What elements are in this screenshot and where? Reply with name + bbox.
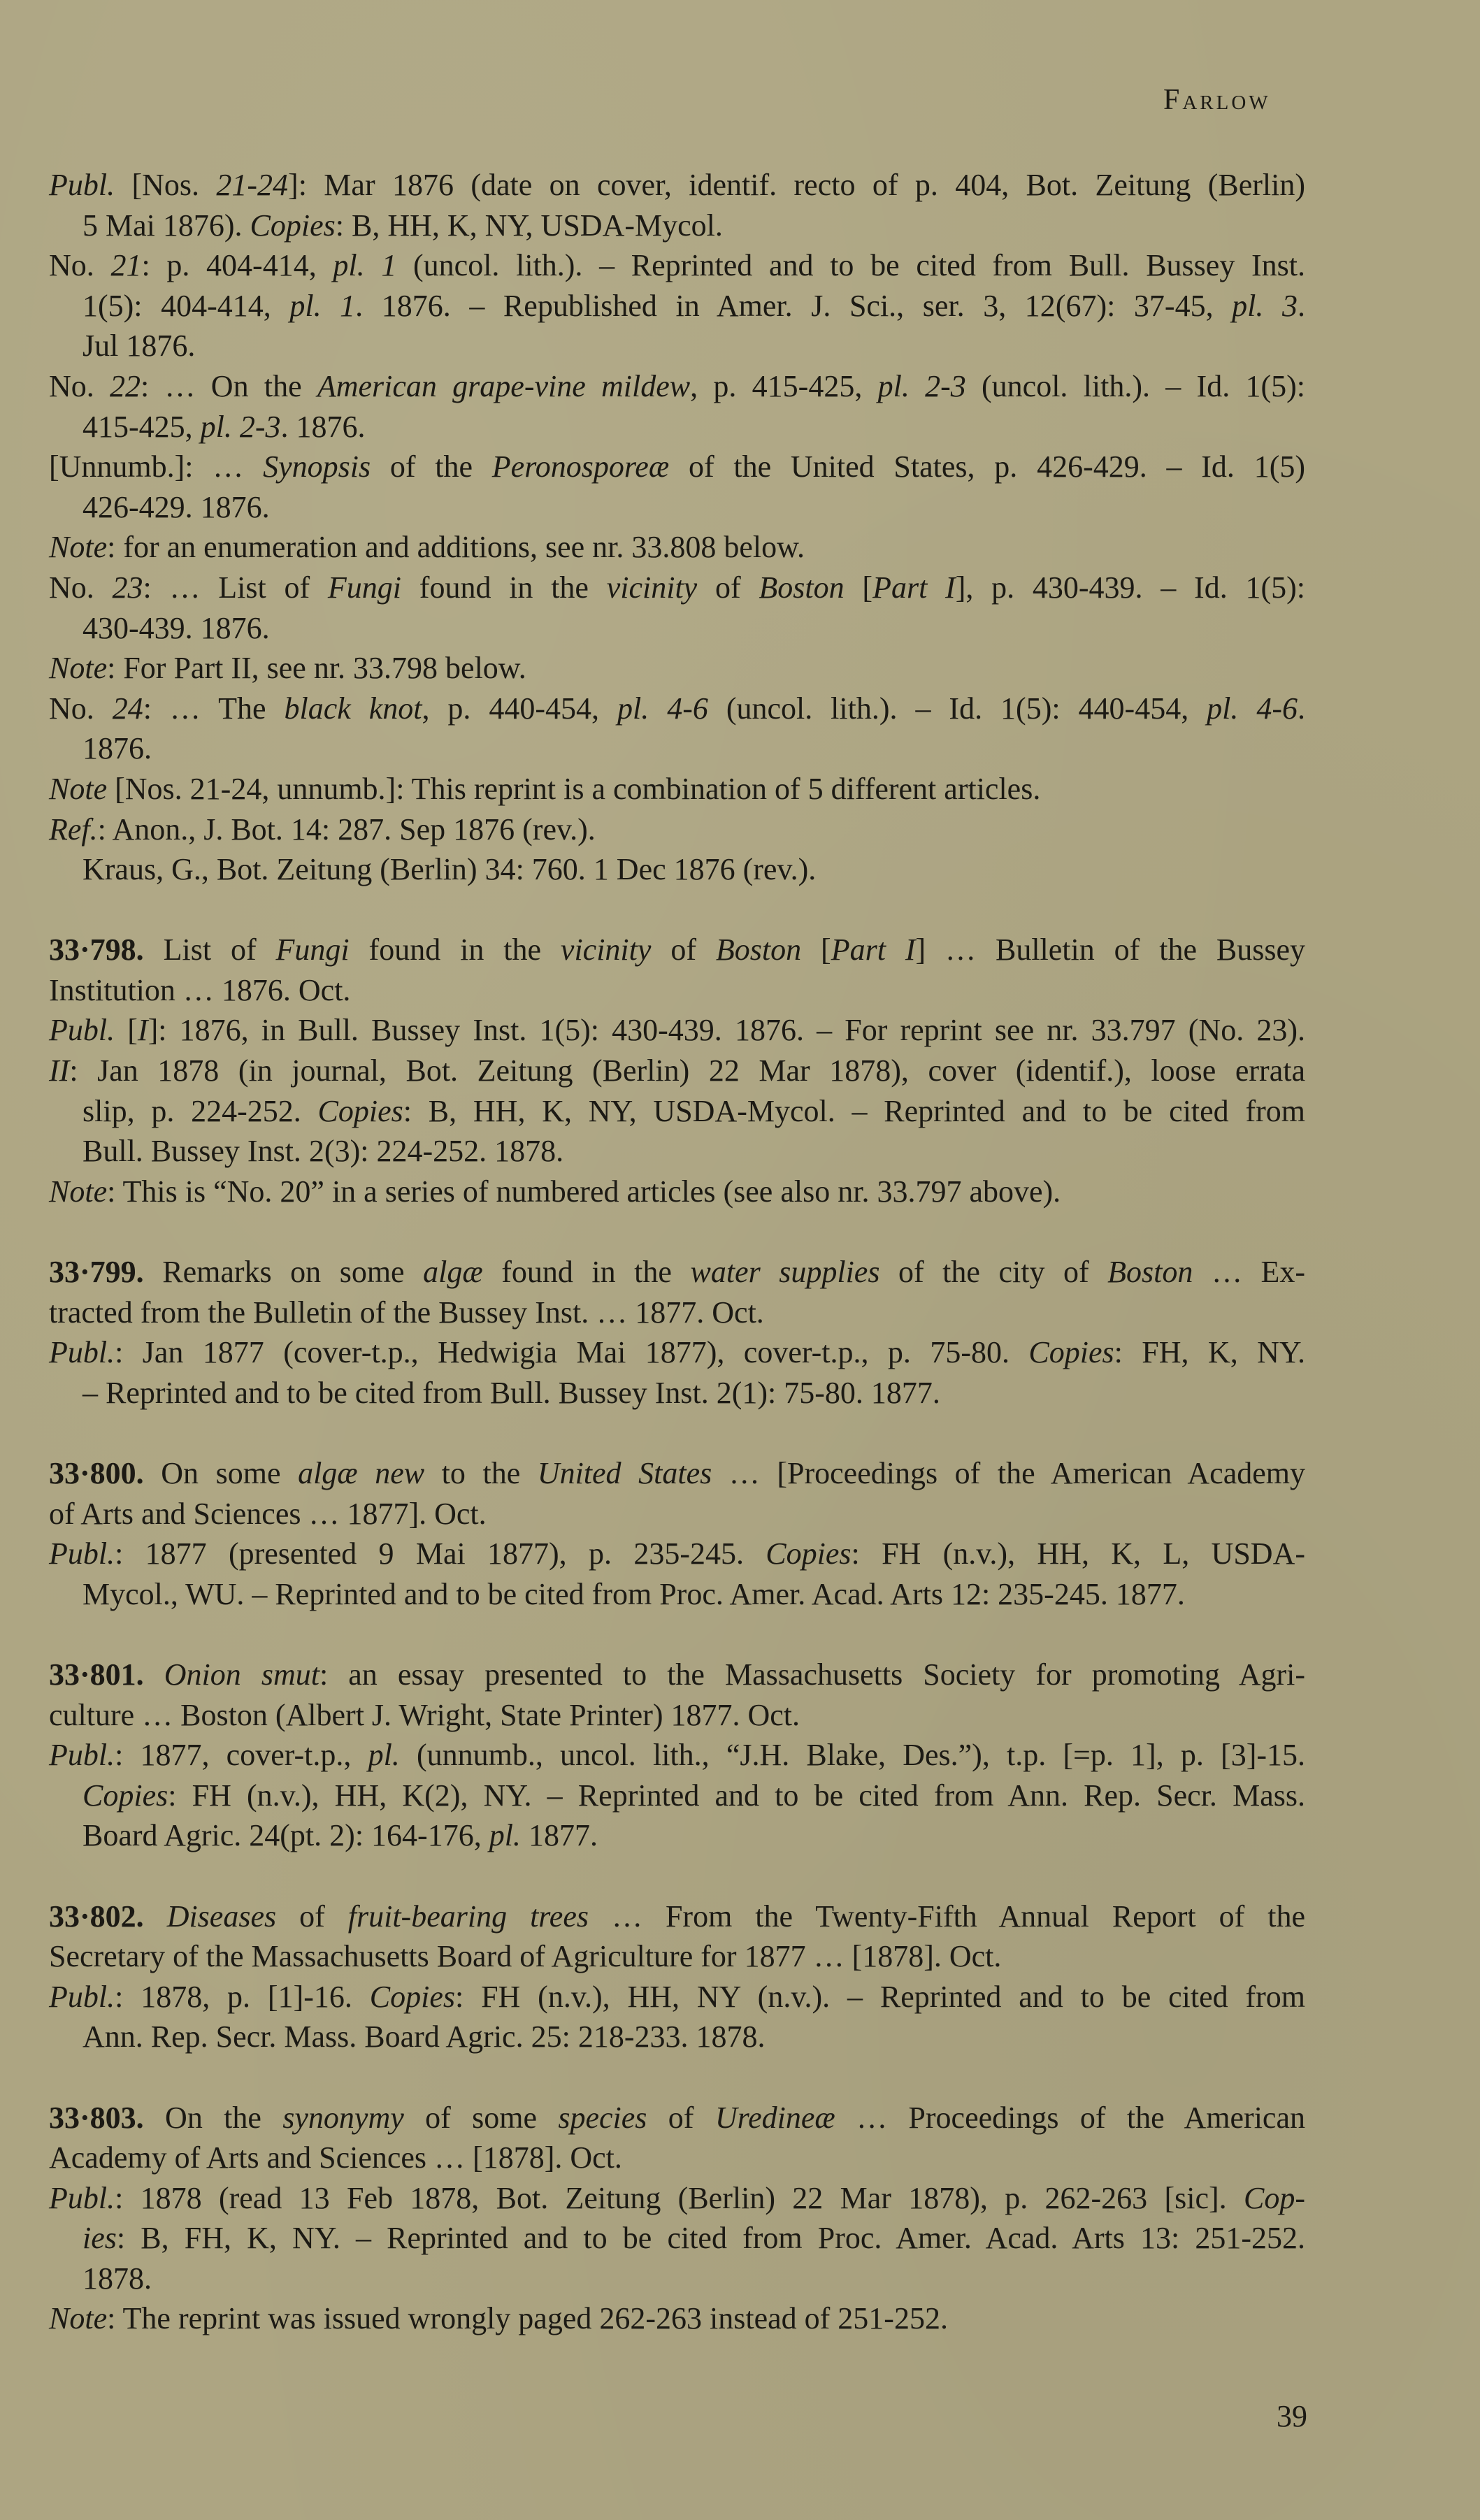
italic-text: pl. 3 [1232,289,1298,323]
text: Secretary of the Massachusetts Board of … [49,1939,1001,1973]
text: – Reprinted and to be cited from Bull. B… [82,1376,940,1410]
text: 1876. [82,731,152,765]
text: : FH (n.v.), HH, NY (n.v.). – Reprinted … [455,1980,1305,2014]
text: : … The [143,691,285,726]
italic-text: Boston [1107,1255,1193,1289]
italic-text: Note [49,2301,107,2335]
bibliography-entry: 33·802. Diseases of fruit-bearing trees … [49,1896,1305,2057]
italic-text: I [138,1013,148,1047]
italic-text: 22 [110,369,141,403]
text: tracted from the Bulletin of the Bussey … [49,1295,764,1330]
text: . 1876. [281,410,366,444]
text: found in the [401,570,607,605]
entry-separator [49,1856,1305,1896]
text-line: No. 23: … List of Fungi found in the vic… [49,568,1305,608]
text-line: Note [Nos. 21-24, unnumb.]: This reprint… [49,769,1305,809]
text: : … List of [143,570,328,605]
text: … From the Twenty-Fifth Annual Report of… [589,1899,1305,1934]
italic-text: pl. 4-6 [617,691,708,726]
text: … [Proceedings of the American Academy [712,1456,1305,1490]
text: : B, HH, K, NY, USDA-Mycol. [336,208,723,243]
text-line: Board Agric. 24(pt. 2): 164-176, pl. 187… [49,1815,1305,1856]
text-line: Note: For Part II, see nr. 33.798 below. [49,648,1305,689]
text-line: Ann. Rep. Secr. Mass. Board Agric. 25: 2… [49,2017,1305,2057]
text-line: Publ.: 1877 (presented 9 Mai 1877), p. 2… [49,1534,1305,1574]
text: 1877. [521,1818,598,1852]
text-line: No. 22: … On the American grape-vine mil… [49,366,1305,407]
text: of Arts and Sciences … 1877]. Oct. [49,1497,487,1531]
text: 426-429. 1876. [82,490,270,524]
italic-text: Copies [82,1778,168,1813]
entry-separator [49,890,1305,930]
text: No. [49,369,110,403]
entry-separator [49,1413,1305,1453]
italic-text: Fungi [328,570,401,605]
text: 430-439. 1876. [82,611,270,645]
text: Institution … 1876. Oct. [49,973,350,1007]
text: Board Agric. 24(pt. 2): 164-176, [82,1818,489,1852]
italic-text: American grape-vine mildew [317,369,690,403]
text: of the city of [879,1255,1107,1289]
italic-text: Onion smut [164,1657,319,1692]
italic-text: algæ new [298,1456,424,1490]
italic-text: United States [538,1456,712,1490]
text: No. [49,570,113,605]
text-line: Institution … 1876. Oct. [49,970,1305,1011]
italic-text: Publ. [49,1536,115,1571]
italic-text: water supplies [690,1255,879,1289]
text: … Proceedings of the American [835,2101,1305,2135]
text-line: 33·802. Diseases of fruit-bearing trees … [49,1896,1305,1937]
italic-text: Fungi [276,933,350,967]
text: Bull. Bussey Inst. 2(3): 224-252. 1878. [82,1134,563,1168]
entry-number: 33·800. [49,1456,144,1490]
text-line: Publ. [Nos. 21-24]: Mar 1876 (date on co… [49,165,1305,206]
text-line: Mycol., WU. – Reprinted and to be cited … [49,1574,1305,1615]
text: : For Part II, see nr. 33.798 below. [107,651,526,685]
text-line: 33·798. List of Fungi found in the vicin… [49,930,1305,970]
text-line: Publ.: 1878, p. [1]-16. Copies: FH (n.v.… [49,1977,1305,2017]
italic-text: Synopsis [263,449,371,484]
entry-separator [49,1614,1305,1655]
bibliography-entry: 33·801. Onion smut: an essay presented t… [49,1655,1305,1856]
text [144,1899,167,1934]
text-line: Ref.: Anon., J. Bot. 14: 287. Sep 1876 (… [49,809,1305,850]
italic-text: Publ. [49,1013,115,1047]
text-line: 1876. [49,728,1305,769]
text: . [1298,691,1305,726]
text: : This is “No. 20” in a series of number… [107,1174,1061,1209]
italic-text: Publ. [49,168,115,202]
text: of [647,2101,714,2135]
entry-number: 33·802. [49,1899,144,1934]
page-number: 39 [1277,2399,1307,2434]
italic-text: Publ. [49,1980,115,2014]
italic-text: Diseases [167,1899,276,1934]
italic-text: Uredineæ [715,2101,835,2135]
text: 1878. [82,2261,152,2296]
text: . 1876. – Republished in Amer. J. Sci., … [355,289,1232,323]
italic-text: synonymy [282,2101,404,2135]
text-line: [Unnumb.]: … Synopsis of the Peronospore… [49,447,1305,487]
text: (uncol. lith.). – Id. 1(5): [966,369,1305,403]
italic-text: Note [49,772,107,806]
italic-text: pl. 4-6 [1207,691,1298,726]
entry-number: 33·798. [49,933,144,967]
text: : The reprint was issued wrongly paged 2… [107,2301,948,2335]
text-line: 5 Mai 1876). Copies: B, HH, K, NY, USDA-… [49,206,1305,246]
text-line: 33·801. Onion smut: an essay presented t… [49,1655,1305,1695]
text: 415-425, [82,410,201,444]
text: found in the [350,933,561,967]
italic-text: pl. 2-3 [878,369,966,403]
text-line: slip, p. 224-252. Copies: B, HH, K, NY, … [49,1091,1305,1132]
italic-text: Peronosporeæ [492,449,669,484]
text: ]: 1876, in Bull. Bussey Inst. 1(5): 430… [148,1013,1305,1047]
italic-text: ies [82,2221,117,2255]
italic-text: Cop- [1244,2181,1305,2215]
text: On some [144,1456,298,1490]
italic-text: 23 [113,570,143,605]
text: : FH (n.v.), HH, K(2), NY. – Reprinted a… [168,1778,1305,1813]
text: : FH (n.v.), HH, K, L, USDA- [852,1536,1305,1571]
text-line: Publ.: Jan 1877 (cover-t.p., Hedwigia Ma… [49,1332,1305,1373]
text-line: Publ.: 1878 (read 13 Feb 1878, Bot. Zeit… [49,2178,1305,2219]
text: Jul 1876. [82,329,195,363]
text-line: 33·800. On some algæ new to the United S… [49,1453,1305,1494]
text-line: 1(5): 404-414, pl. 1. 1876. – Republishe… [49,286,1305,326]
entry-number: 33·801. [49,1657,144,1692]
text: … Ex- [1193,1255,1305,1289]
italic-text: 21-24 [216,168,288,202]
italic-text: 24 [113,691,143,726]
text: 5 Mai 1876). [82,208,250,243]
text: ], p. 430-439. – Id. 1(5): [956,570,1305,605]
italic-text: Publ. [49,2181,115,2215]
entry-number: 33·803. [49,2101,144,2135]
text-line: tracted from the Bulletin of the Bussey … [49,1293,1305,1333]
text: [Unnumb.]: … [49,449,263,484]
italic-text: Copies [766,1536,851,1571]
text: found in the [483,1255,691,1289]
italic-text: algæ [423,1255,483,1289]
italic-text: Publ. [49,1335,115,1369]
text-line: 1878. [49,2259,1305,2299]
text-line: No. 24: … The black knot, p. 440-454, pl… [49,689,1305,729]
text: of [697,570,759,605]
text: culture … Boston (Albert J. Wright, Stat… [49,1698,800,1732]
text: ]: Mar 1876 (date on cover, identif. rec… [288,168,1305,202]
text: : for an enumeration and additions, see … [107,530,805,564]
text: slip, p. 224-252. [82,1094,318,1128]
text: (unnumb., uncol. lith., “J.H. Blake, Des… [400,1738,1305,1772]
text-line: Bull. Bussey Inst. 2(3): 224-252. 1878. [49,1131,1305,1172]
italic-text: vicinity [607,570,698,605]
italic-text: pl. 1 [289,289,355,323]
text: [ [845,570,872,605]
text: (uncol. lith.). – Id. 1(5): 440-454, [708,691,1207,726]
text: : p. 404-414, [141,248,333,282]
entry-separator [49,1211,1305,1252]
text-line: Academy of Arts and Sciences … [1878]. O… [49,2138,1305,2178]
text: Remarks on some [144,1255,423,1289]
bibliography-column: Publ. [Nos. 21-24]: Mar 1876 (date on co… [49,165,1305,2339]
italic-text: Publ. [49,1738,115,1772]
text: List of [144,933,276,967]
bibliography-entry: 33·803. On the synonymy of some species … [49,2098,1305,2340]
text: : Jan 1877 (cover-t.p., Hedwigia Mai 187… [115,1335,1028,1369]
italic-text: Boston [716,933,801,967]
text-line: Note: This is “No. 20” in a series of nu… [49,1172,1305,1212]
text-line: 415-425, pl. 2-3. 1876. [49,407,1305,447]
text: Mycol., WU. – Reprinted and to be cited … [82,1577,1185,1611]
text: . [1298,289,1305,323]
text: : 1877, cover-t.p., [115,1738,368,1772]
text [144,1657,164,1692]
italic-text: Copies [250,208,336,243]
text: : 1877 (presented 9 Mai 1877), p. 235-24… [115,1536,766,1571]
text: of [651,933,715,967]
text-line: Jul 1876. [49,326,1305,366]
italic-text: Ref. [49,812,98,847]
bibliography-entry: 33·798. List of Fungi found in the vicin… [49,930,1305,1211]
text-line: Note: The reprint was issued wrongly pag… [49,2298,1305,2339]
italic-text: pl. 2-3 [201,410,281,444]
text-line: – Reprinted and to be cited from Bull. B… [49,1373,1305,1413]
text: (uncol. lith.). – Reprinted and to be ci… [396,248,1305,282]
italic-text: Note [49,1174,107,1209]
italic-text: II [49,1053,69,1088]
text: [Nos. [115,168,216,202]
italic-text: Boston [759,570,844,605]
text: of the [371,449,492,484]
text-line: Secretary of the Massachusetts Board of … [49,1936,1305,1977]
italic-text: Note [49,530,107,564]
bibliography-entry: 33·799. Remarks on some algæ found in th… [49,1252,1305,1413]
text: Ann. Rep. Secr. Mass. Board Agric. 25: 2… [82,2019,765,2054]
text: : 1878, p. [1]-16. [115,1980,370,2014]
text-line: II: Jan 1878 (in journal, Bot. Zeitung (… [49,1051,1305,1091]
text: : FH, K, NY. [1114,1335,1305,1369]
text-line: 426-429. 1876. [49,487,1305,528]
text: of [276,1899,348,1934]
italic-text: fruit-bearing trees [348,1899,589,1934]
bibliography-entry: 33·800. On some algæ new to the United S… [49,1453,1305,1614]
text-line: 33·799. Remarks on some algæ found in th… [49,1252,1305,1293]
text: of some [404,2101,559,2135]
text: [ [115,1013,138,1047]
italic-text: pl. [368,1738,400,1772]
text: : B, HH, K, NY, USDA-Mycol. – Reprinted … [403,1094,1305,1128]
text: : 1878 (read 13 Feb 1878, Bot. Zeitung (… [115,2181,1244,2215]
text: 1(5): 404-414, [82,289,289,323]
entry-separator [49,2057,1305,2098]
text-line: of Arts and Sciences … 1877]. Oct. [49,1494,1305,1534]
text: [Nos. 21-24, unnumb.]: This reprint is a… [107,772,1040,806]
text: [ [801,933,831,967]
running-head: Farlow [1163,82,1271,117]
italic-text: Copies [1028,1335,1114,1369]
text-line: 33·803. On the synonymy of some species … [49,2098,1305,2138]
text: Kraus, G., Bot. Zeitung (Berlin) 34: 760… [82,852,816,886]
text: , p. 440-454, [422,691,617,726]
text-line: No. 21: p. 404-414, pl. 1 (uncol. lith.)… [49,245,1305,286]
text-line: Kraus, G., Bot. Zeitung (Berlin) 34: 760… [49,849,1305,890]
text: : Jan 1878 (in journal, Bot. Zeitung (Be… [69,1053,1305,1088]
text: No. [49,691,113,726]
text: : B, FH, K, NY. – Reprinted and to be ci… [117,2221,1305,2255]
text: : … On the [141,369,317,403]
text: Academy of Arts and Sciences … [1878]. O… [49,2140,622,2175]
text: No. [49,248,110,282]
text: , p. 415-425, [690,369,877,403]
text-line: Note: for an enumeration and additions, … [49,527,1305,568]
italic-text: Part I [872,570,956,605]
italic-text: pl. 1 [333,248,396,282]
italic-text: vicinity [561,933,652,967]
text: to the [424,1456,538,1490]
italic-text: Copies [318,1094,403,1128]
text: : Anon., J. Bot. 14: 287. Sep 1876 (rev.… [98,812,596,847]
italic-text: black knot [284,691,422,726]
italic-text: Copies [370,1980,455,2014]
text-line: culture … Boston (Albert J. Wright, Stat… [49,1695,1305,1736]
italic-text: Note [49,651,107,685]
text-line: ies: B, FH, K, NY. – Reprinted and to be… [49,2218,1305,2259]
italic-text: pl. [489,1818,521,1852]
italic-text: Part I [831,933,916,967]
text-line: Copies: FH (n.v.), HH, K(2), NY. – Repri… [49,1776,1305,1816]
text-line: Publ. [I]: 1876, in Bull. Bussey Inst. 1… [49,1010,1305,1051]
text: ] … Bulletin of the Bussey [916,933,1306,967]
italic-text: species [558,2101,647,2135]
text: of the United States, p. 426-429. – Id. … [669,449,1305,484]
entry-number: 33·799. [49,1255,144,1289]
bibliography-entry: Publ. [Nos. 21-24]: Mar 1876 (date on co… [49,165,1305,890]
text-line: 430-439. 1876. [49,608,1305,649]
text-line: Publ.: 1877, cover-t.p., pl. (unnumb., u… [49,1735,1305,1776]
italic-text: 21 [110,248,141,282]
text: : an essay presented to the Massachusett… [319,1657,1305,1692]
text: On the [144,2101,283,2135]
